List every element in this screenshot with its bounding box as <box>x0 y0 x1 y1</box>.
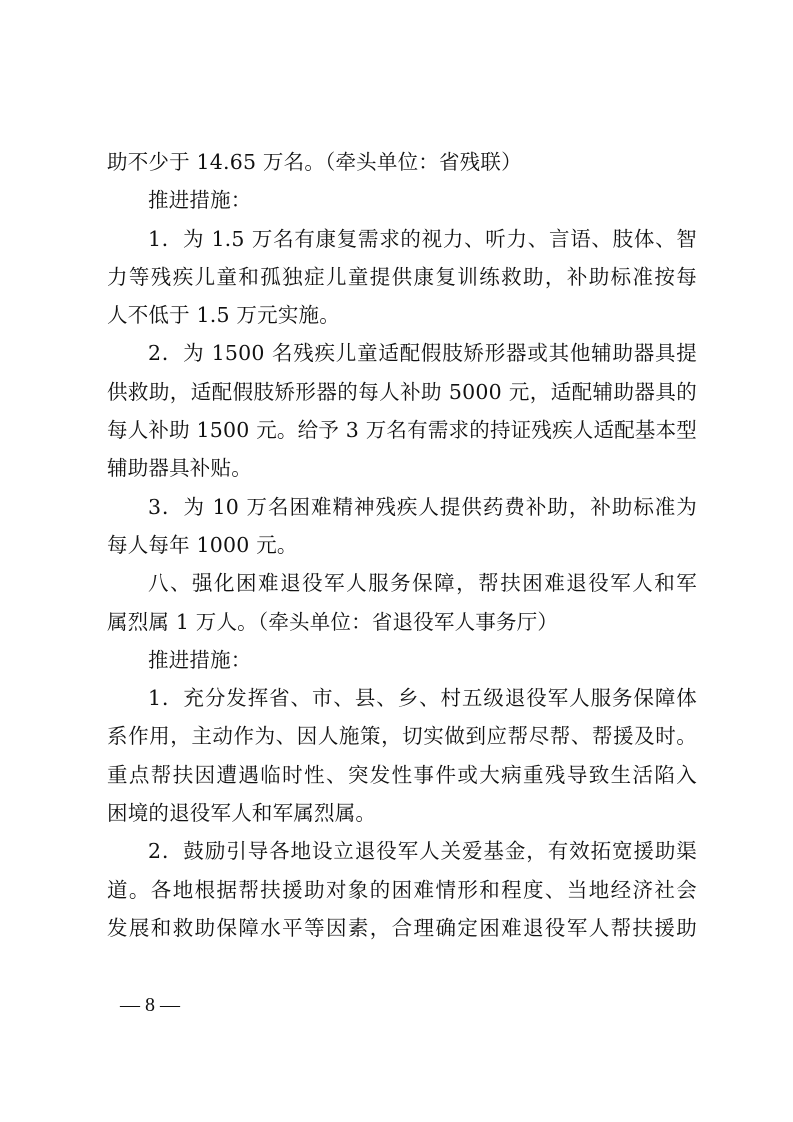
text-line: 2．为 1500 名残疾儿童适配假肢矫形器或其他辅助器具提 <box>107 334 697 372</box>
text-line: 1．为 1.5 万名有康复需求的视力、听力、言语、肢体、智 <box>107 220 697 258</box>
text-line: 重点帮扶因遭遇临时性、突发性事件或大病重残导致生活陷入 <box>107 756 697 794</box>
text-line: 推进措施： <box>107 181 697 219</box>
text-line: 供救助，适配假肢矫形器的每人补助 5000 元，适配辅助器具的 <box>107 373 697 411</box>
text-line: 助不少于 14.65 万名。（牵头单位：省残联） <box>107 143 697 181</box>
text-line: 属烈属 1 万人。（牵头单位：省退役军人事务厅） <box>107 603 697 641</box>
text-line: 2．鼓励引导各地设立退役军人关爱基金，有效拓宽援助渠 <box>107 832 697 870</box>
text-line: 人不低于 1.5 万元实施。 <box>107 296 697 334</box>
text-line: 每人每年 1000 元。 <box>107 526 697 564</box>
text-line: 系作用，主动作为、因人施策，切实做到应帮尽帮、帮援及时。 <box>107 717 697 755</box>
text-line: 1．充分发挥省、市、县、乡、村五级退役军人服务保障体 <box>107 679 697 717</box>
text-line: 道。各地根据帮扶援助对象的困难情形和程度、当地经济社会 <box>107 871 697 909</box>
text-line: 八、强化困难退役军人服务保障，帮扶困难退役军人和军 <box>107 564 697 602</box>
text-line: 力等残疾儿童和孤独症儿童提供康复训练救助，补助标准按每 <box>107 258 697 296</box>
text-line: 辅助器具补贴。 <box>107 449 697 487</box>
text-line: 每人补助 1500 元。给予 3 万名有需求的持证残疾人适配基本型 <box>107 411 697 449</box>
text-line: 发展和救助保障水平等因素，合理确定困难退役军人帮扶援助 <box>107 909 697 947</box>
document-body: 助不少于 14.65 万名。（牵头单位：省残联）推进措施：1．为 1.5 万名有… <box>107 143 697 947</box>
page-number: — 8 — <box>120 994 180 1017</box>
text-line: 推进措施： <box>107 641 697 679</box>
text-line: 3．为 10 万名困难精神残疾人提供药费补助，补助标准为 <box>107 488 697 526</box>
text-line: 困境的退役军人和军属烈属。 <box>107 794 697 832</box>
